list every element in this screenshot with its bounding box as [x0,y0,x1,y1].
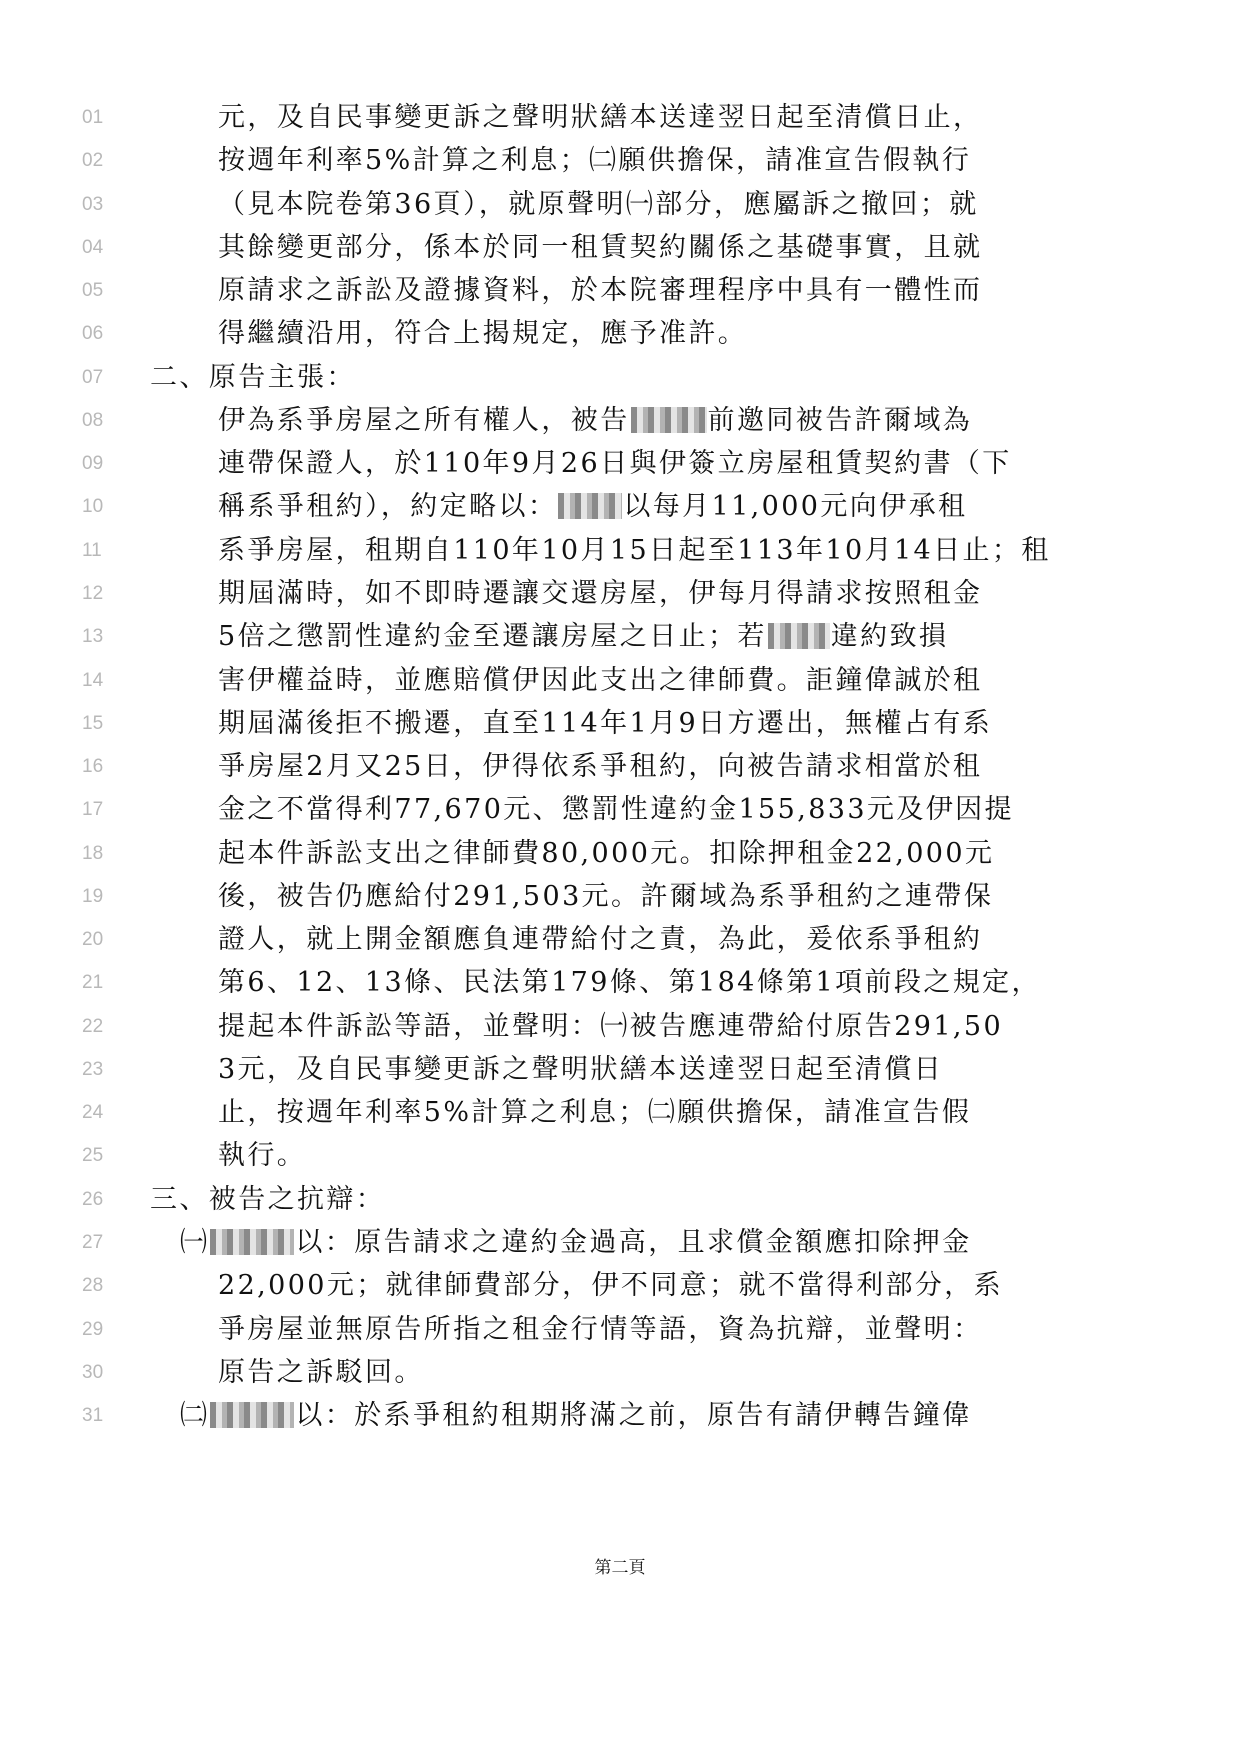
redacted-name [210,1229,294,1255]
line-number: 06 [82,312,103,355]
document-line: 07二、原告主張： [0,356,1240,399]
line-text: 元，及自民事變更訴之聲明狀繕本送達翌日起至清償日止， [218,96,982,139]
document-line: 06得繼續沿用，符合上揭規定，應予准許。 [0,312,1240,355]
line-text: 22,000元；就律師費部分，伊不同意；就不當得利部分，系 [218,1264,1003,1307]
line-text-after: 以：原告請求之違約金過高，且求償金額應扣除押金 [295,1227,971,1258]
document-line: 10稱系爭租約），約定略以：以每月11,000元向伊承租 [0,485,1240,528]
line-number: 31 [82,1394,103,1437]
line-text-before: 5倍之懲罰性違約金至遷讓房屋之日止；若 [218,621,767,652]
line-text: 期屆滿時，如不即時遷讓交還房屋，伊每月得請求按照租金 [218,572,982,615]
line-number: 20 [82,918,103,961]
line-text: 期屆滿後拒不搬遷，直至114年1月9日方遷出，無權占有系 [218,702,992,745]
line-text: 害伊權益時，並應賠償伊因此支出之律師費。詎鐘偉誠於租 [218,659,982,702]
line-number: 21 [82,961,103,1004]
line-text: 執行。 [218,1134,306,1177]
line-number: 25 [82,1134,103,1177]
line-text: 稱系爭租約），約定略以：以每月11,000元向伊承租 [218,485,967,528]
line-number: 12 [82,572,103,615]
line-text-after: 前邀同被告許爾域為 [708,405,973,436]
document-line: 03（見本院卷第36頁），就原聲明㈠部分，應屬訴之撤回；就 [0,183,1240,226]
document-line: 29爭房屋並無原告所指之租金行情等語，資為抗辯，並聲明： [0,1308,1240,1351]
line-number: 03 [82,183,103,226]
line-text: 證人，就上開金額應負連帶給付之責，為此，爰依系爭租約 [218,918,982,961]
document-line: 27㈠以：原告請求之違約金過高，且求償金額應扣除押金 [0,1221,1240,1264]
line-text: 原請求之訴訟及證據資料，於本院審理程序中具有一體性而 [218,269,982,312]
document-line: 135倍之懲罰性違約金至遷讓房屋之日止；若違約致損 [0,615,1240,658]
line-text-after: 以每月11,000元向伊承租 [623,491,967,522]
line-text: 原告之訴駁回。 [218,1351,424,1394]
line-text: ㈡以：於系爭租約租期將滿之前，原告有請伊轉告鐘偉 [180,1394,972,1437]
document-line: 04其餘變更部分，係本於同一租賃契約關係之基礎事實，且就 [0,226,1240,269]
document-page: 01元，及自民事變更訴之聲明狀繕本送達翌日起至清償日止，02按週年利率5%計算之… [0,0,1240,1755]
line-text: 提起本件訴訟等語，並聲明：㈠被告應連帶給付原告291,50 [218,1005,1003,1048]
document-line: 12期屆滿時，如不即時遷讓交還房屋，伊每月得請求按照租金 [0,572,1240,615]
line-number: 26 [82,1178,103,1221]
document-line: 02按週年利率5%計算之利息；㈡願供擔保，請准宣告假執行 [0,139,1240,182]
document-line: 30原告之訴駁回。 [0,1351,1240,1394]
document-line: 25執行。 [0,1134,1240,1177]
line-text: 系爭房屋，租期自110年10月15日起至113年10月14日止；租 [218,529,1051,572]
document-line: 09連帶保證人，於110年9月26日與伊簽立房屋租賃契約書（下 [0,442,1240,485]
line-number: 14 [82,659,103,702]
redacted-name [631,407,707,433]
document-line: 31㈡以：於系爭租約租期將滿之前，原告有請伊轉告鐘偉 [0,1394,1240,1437]
line-number: 09 [82,442,103,485]
line-number: 08 [82,399,103,442]
line-text: 起本件訴訟支出之律師費80,000元。扣除押租金22,000元 [218,832,994,875]
line-text: 爭房屋2月又25日，伊得依系爭租約，向被告請求相當於租 [218,745,982,788]
document-line: 14害伊權益時，並應賠償伊因此支出之律師費。詎鐘偉誠於租 [0,659,1240,702]
document-line: 05原請求之訴訟及證據資料，於本院審理程序中具有一體性而 [0,269,1240,312]
line-text: 伊為系爭房屋之所有權人，被告前邀同被告許爾域為 [218,399,972,442]
line-text-after: 以：於系爭租約租期將滿之前，原告有請伊轉告鐘偉 [295,1400,971,1431]
document-line: 16爭房屋2月又25日，伊得依系爭租約，向被告請求相當於租 [0,745,1240,788]
line-number: 04 [82,226,103,269]
line-text-before: ㈡ [180,1400,209,1431]
line-text: 爭房屋並無原告所指之租金行情等語，資為抗辯，並聲明： [218,1308,982,1351]
line-number: 10 [82,485,103,528]
line-number: 05 [82,269,103,312]
line-number: 17 [82,788,103,831]
line-text-before: ㈠ [180,1227,209,1258]
line-text: 第6、12、13條、民法第179條、第184條第1項前段之規定， [218,961,1041,1004]
line-number: 30 [82,1351,103,1394]
document-line: 17金之不當得利77,670元、懲罰性違約金155,833元及伊因提 [0,788,1240,831]
document-line: 233元，及自民事變更訴之聲明狀繕本送達翌日起至清償日 [0,1048,1240,1091]
line-number: 22 [82,1005,103,1048]
document-line: 20證人，就上開金額應負連帶給付之責，為此，爰依系爭租約 [0,918,1240,961]
line-text: 5倍之懲罰性違約金至遷讓房屋之日止；若違約致損 [218,615,948,658]
document-line: 08伊為系爭房屋之所有權人，被告前邀同被告許爾域為 [0,399,1240,442]
line-text: 止，按週年利率5%計算之利息；㈡願供擔保，請准宣告假 [218,1091,971,1134]
line-number: 19 [82,875,103,918]
line-number: 24 [82,1091,103,1134]
line-text-after: 違約致損 [831,621,949,652]
line-number: 28 [82,1264,103,1307]
document-line: 24止，按週年利率5%計算之利息；㈡願供擔保，請准宣告假 [0,1091,1240,1134]
page-number: 第二頁 [0,1553,1240,1578]
document-line: 2822,000元；就律師費部分，伊不同意；就不當得利部分，系 [0,1264,1240,1307]
line-number: 23 [82,1048,103,1091]
document-line: 11系爭房屋，租期自110年10月15日起至113年10月14日止；租 [0,529,1240,572]
document-line: 22提起本件訴訟等語，並聲明：㈠被告應連帶給付原告291,50 [0,1005,1240,1048]
section-heading: 三、被告之抗辯： [150,1178,385,1221]
line-number: 11 [82,529,102,572]
line-number: 15 [82,702,103,745]
line-text-before: 稱系爭租約），約定略以： [218,491,557,522]
line-text: 其餘變更部分，係本於同一租賃契約關係之基礎事實，且就 [218,226,982,269]
document-line: 19後，被告仍應給付291,503元。許爾域為系爭租約之連帶保 [0,875,1240,918]
line-text: 按週年利率5%計算之利息；㈡願供擔保，請准宣告假執行 [218,139,971,182]
line-text: 連帶保證人，於110年9月26日與伊簽立房屋租賃契約書（下 [218,442,1012,485]
line-text: 金之不當得利77,670元、懲罰性違約金155,833元及伊因提 [218,788,1014,831]
document-line: 26三、被告之抗辯： [0,1178,1240,1221]
line-text: 得繼續沿用，符合上揭規定，應予准許。 [218,312,747,355]
line-text: 3元，及自民事變更訴之聲明狀繕本送達翌日起至清償日 [218,1048,943,1091]
line-number: 02 [82,139,103,182]
line-text: 後，被告仍應給付291,503元。許爾域為系爭租約之連帶保 [218,875,993,918]
document-line: 21第6、12、13條、民法第179條、第184條第1項前段之規定， [0,961,1240,1004]
line-number: 16 [82,745,103,788]
redacted-name [768,623,830,649]
section-heading: 二、原告主張： [150,356,356,399]
line-number: 29 [82,1308,103,1351]
line-number: 27 [82,1221,103,1264]
line-number: 01 [82,96,103,139]
line-number: 13 [82,615,103,658]
line-number: 18 [82,832,103,875]
redacted-name [210,1402,294,1428]
redacted-name [558,493,622,519]
line-text: ㈠以：原告請求之違約金過高，且求償金額應扣除押金 [180,1221,972,1264]
document-line: 01元，及自民事變更訴之聲明狀繕本送達翌日起至清償日止， [0,96,1240,139]
line-text-before: 伊為系爭房屋之所有權人，被告 [218,405,630,436]
document-line: 18起本件訴訟支出之律師費80,000元。扣除押租金22,000元 [0,832,1240,875]
document-line: 15期屆滿後拒不搬遷，直至114年1月9日方遷出，無權占有系 [0,702,1240,745]
line-text: （見本院卷第36頁），就原聲明㈠部分，應屬訴之撤回；就 [218,183,979,226]
line-number: 07 [82,356,103,399]
